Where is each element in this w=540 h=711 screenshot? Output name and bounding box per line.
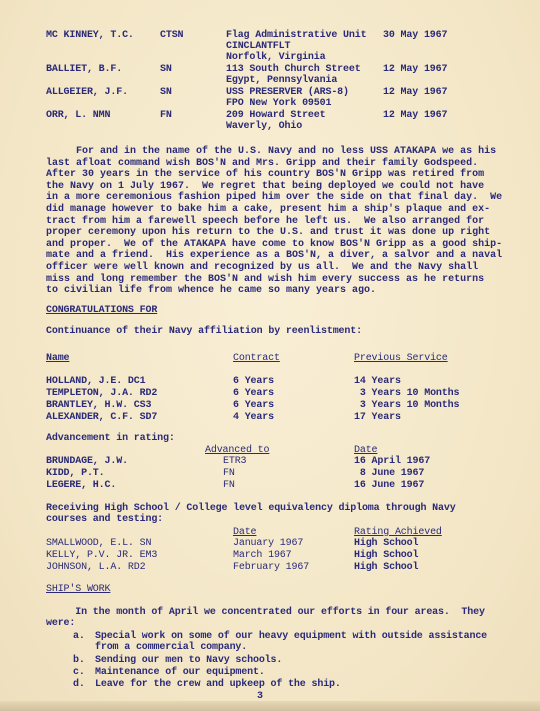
column-header-date: Date [233, 527, 256, 539]
advancement-rate: ETR3 [223, 456, 246, 468]
reenlistment-intro: Continuance of their Navy affiliation by… [46, 326, 362, 338]
reenlist-previous: 3 Years 10 Months [354, 400, 459, 412]
transfer-rate: FN [160, 110, 172, 122]
diploma-rating: High School [354, 562, 418, 574]
transfer-address: USS PRESERVER (ARS-8) [226, 87, 349, 99]
ships-work-heading: SHIP'S WORK [46, 584, 110, 596]
paragraph-line: last afloat command wish BOS'N and Mrs. … [46, 158, 486, 170]
list-item: Leave for the crew and upkeep of the shi… [95, 679, 341, 691]
diploma-rating: High School [354, 538, 418, 550]
reenlist-previous: 17 Years [354, 412, 401, 424]
transfer-name: BALLIET, B.F. [46, 64, 122, 76]
reenlist-contract: 6 Years [233, 376, 274, 388]
transfer-date: 12 May 1967 [383, 110, 447, 122]
paragraph-line: to civilian life from whence he came so … [46, 285, 486, 297]
page-edge-shadow [0, 701, 540, 711]
paragraph-line: tract from him a farewell speech before … [46, 216, 486, 228]
paragraph-line: officer were well known and recognized b… [46, 262, 486, 274]
ships-work-intro: were: [46, 618, 75, 630]
diploma-name: SMALLWOOD, E.L. SN [46, 538, 151, 550]
reenlist-name: HOLLAND, J.E. DC1 [46, 376, 145, 388]
transfer-address: Waverly, Ohio [226, 121, 302, 133]
reenlist-name: TEMPLETON, J.A. RD2 [46, 388, 157, 400]
diploma-intro: Receiving High School / College level eq… [46, 503, 456, 515]
diploma-date: February 1967 [233, 562, 309, 574]
transfer-rate: SN [160, 87, 172, 99]
diploma-date: January 1967 [233, 538, 303, 550]
list-marker: d. [73, 679, 85, 691]
paragraph-line: the Navy on 1 July 1967. We regret that … [46, 181, 486, 193]
advancement-date: 16 June 1967 [354, 480, 424, 492]
transfer-date: 12 May 1967 [383, 87, 447, 99]
advancement-date: 16 April 1967 [354, 456, 430, 468]
diploma-intro: courses and testing: [46, 514, 163, 526]
advancement-name: LEGERE, H.C. [46, 480, 116, 492]
paragraph-line: For and in the name of the U.S. Navy and… [46, 146, 486, 158]
list-marker: a. [73, 631, 85, 643]
paragraph-line: proper ceremony upon his return to the U… [46, 227, 486, 239]
list-item: Sending our men to Navy schools. [95, 655, 282, 667]
paragraph-line: miss and long remember the BOS'N and wis… [46, 274, 486, 286]
list-item: Maintenance of our equipment. [95, 667, 265, 679]
ships-work-intro: In the month of April we concentrated ou… [46, 607, 485, 619]
paragraph-line: and proper. We of the ATAKAPA have come … [46, 239, 486, 251]
congratulations-heading: CONGRATULATIONS FOR [46, 305, 157, 317]
list-marker: b. [73, 655, 85, 667]
transfer-rate: CTSN [160, 30, 183, 42]
diploma-rating: High School [354, 550, 418, 562]
transfer-address: Egypt, Pennsylvania [226, 75, 337, 87]
column-header-contract: Contract [233, 353, 280, 365]
advancement-name: KIDD, P.T. [46, 468, 105, 480]
transfer-address: Norfolk, Virginia [226, 52, 325, 64]
transfer-address: CINCLANTFLT [226, 41, 290, 53]
paragraph-line: in a more ceremonious fashion piped him … [46, 192, 486, 204]
farewell-paragraph: For and in the name of the U.S. Navy and… [46, 146, 486, 297]
column-header-advanced-to: Advanced to [205, 445, 269, 457]
reenlist-previous: 14 Years [354, 376, 401, 388]
column-header-rating-achieved: Rating Achieved [354, 527, 442, 539]
reenlist-name: BRANTLEY, H.W. CS3 [46, 400, 151, 412]
advancement-name: BRUNDAGE, J.W. [46, 456, 128, 468]
document-page: MC KINNEY, T.C. CTSN Flag Administrative… [0, 0, 540, 711]
paragraph-line: mate and a friend. His experience as a B… [46, 250, 486, 262]
column-header-previous-service: Previous Service [354, 353, 448, 365]
advancement-intro: Advancement in rating: [46, 433, 175, 445]
reenlist-contract: 6 Years [233, 400, 274, 412]
reenlist-contract: 4 Years [233, 412, 274, 424]
list-item: Special work on some of our heavy equipm… [95, 631, 487, 643]
advancement-rate: FN [223, 468, 235, 480]
transfer-address: Flag Administrative Unit [226, 30, 366, 42]
transfer-address: 209 Howard Street [226, 110, 325, 122]
transfer-name: MC KINNEY, T.C. [46, 30, 134, 42]
transfer-address: FPO New York 09501 [226, 98, 331, 110]
diploma-name: JOHNSON, L.A. RD2 [46, 562, 145, 574]
transfer-name: ORR, L. NMN [46, 110, 110, 122]
advancement-rate: FN [223, 480, 235, 492]
paragraph-line: did manage however to bake him a cake, p… [46, 204, 486, 216]
transfer-address: 113 South Church Street [226, 64, 361, 76]
list-item: from a commercial company. [95, 642, 247, 654]
column-header-name: Name [46, 353, 69, 365]
reenlist-name: ALEXANDER, C.F. SD7 [46, 412, 157, 424]
reenlist-previous: 3 Years 10 Months [354, 388, 459, 400]
diploma-name: KELLY, P.V. JR. EM3 [46, 550, 157, 562]
reenlist-contract: 6 Years [233, 388, 274, 400]
transfer-date: 12 May 1967 [383, 64, 447, 76]
transfer-rate: SN [160, 64, 172, 76]
list-marker: c. [73, 667, 85, 679]
column-header-date: Date [354, 445, 377, 457]
diploma-date: March 1967 [233, 550, 292, 562]
transfer-date: 30 May 1967 [383, 30, 447, 42]
advancement-date: 8 June 1967 [354, 468, 424, 480]
transfer-name: ALLGEIER, J.F. [46, 87, 128, 99]
paragraph-line: After 30 years in the service of his cou… [46, 169, 486, 181]
